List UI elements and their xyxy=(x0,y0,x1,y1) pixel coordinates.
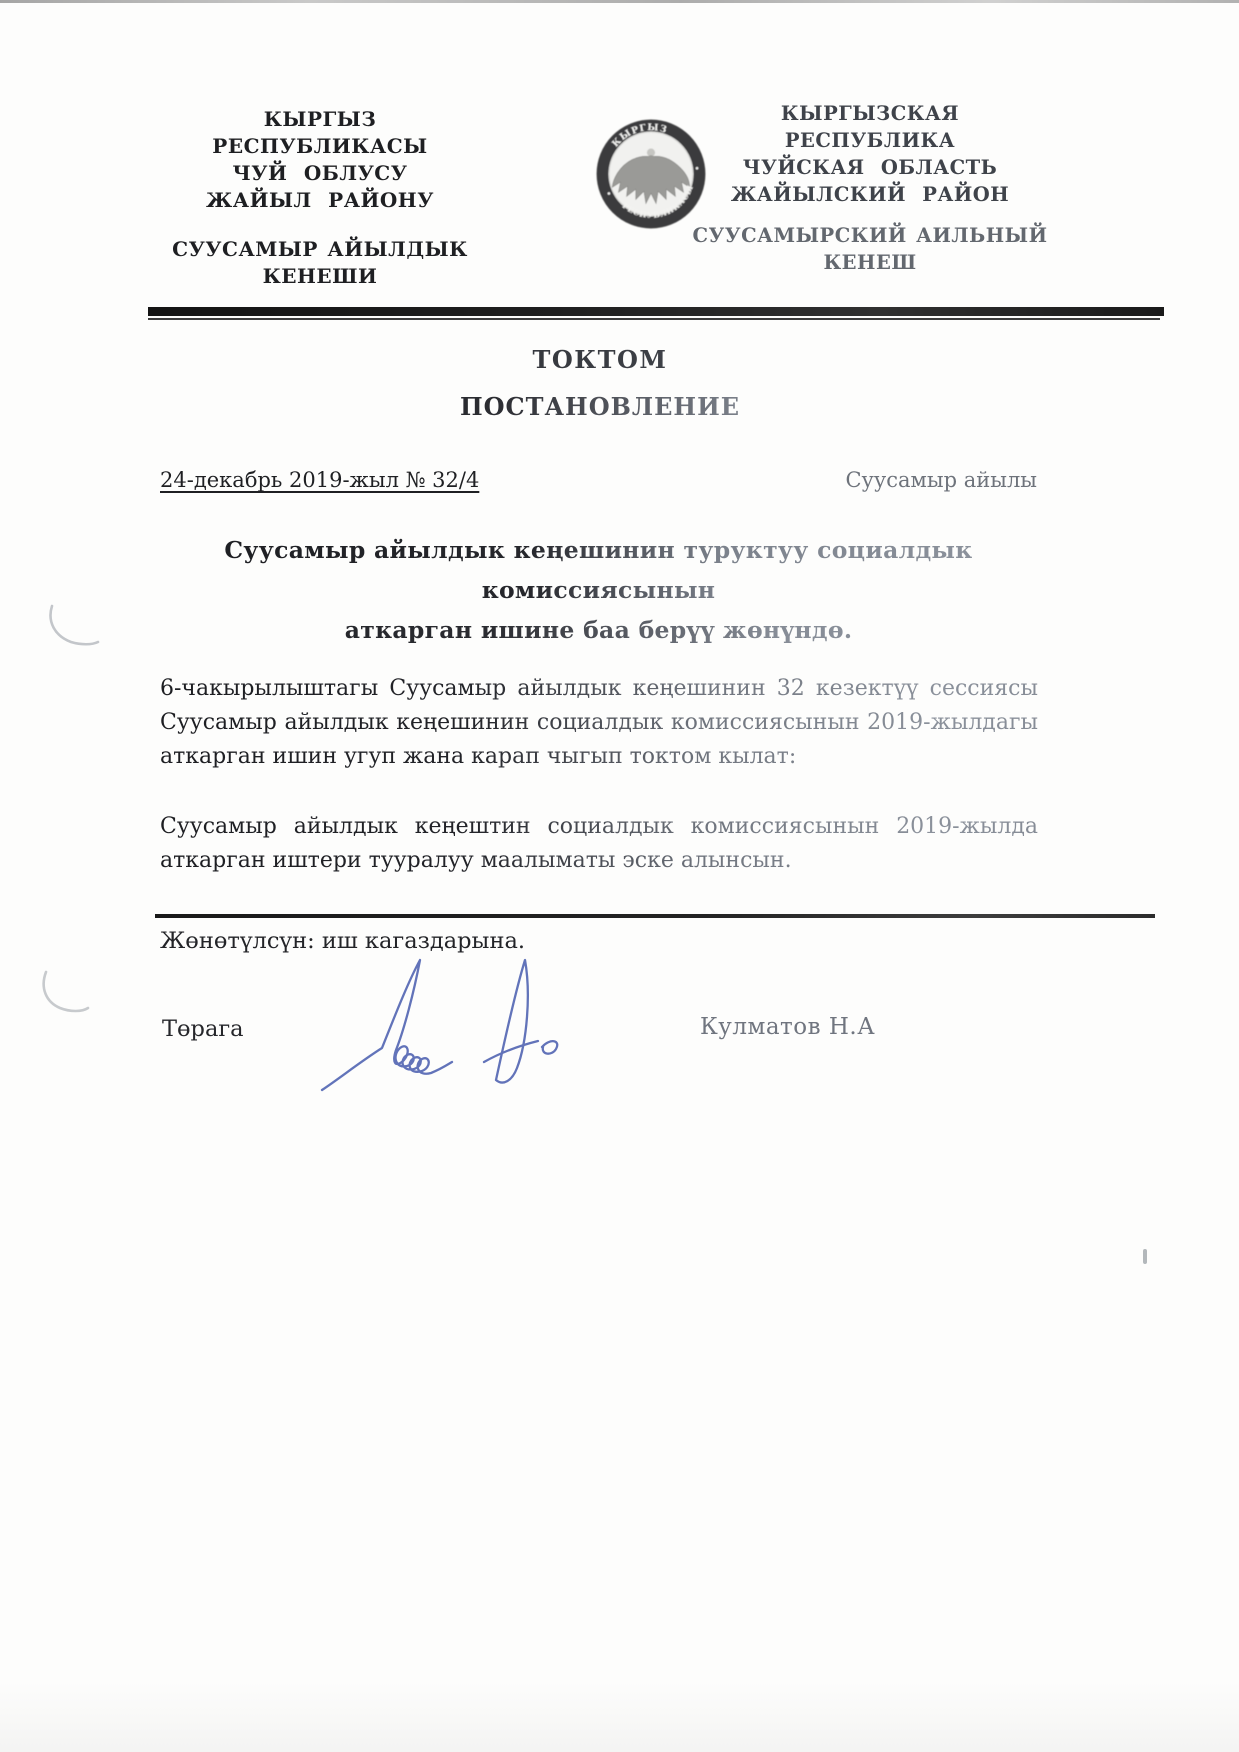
letterhead-line: ЧУЙ ОБЛУСУ xyxy=(150,160,490,187)
doc-type-russian: ПОСТАНОВЛЕНИЕ xyxy=(160,392,1040,421)
body-paragraph-1: 6-чакырылыштагы Суусамыр айылдык кеңешин… xyxy=(160,672,1038,774)
council-name-russian: СУУСАМЫРСКИЙ АИЛЬНЫЙ КЕНЕШ xyxy=(688,222,1052,276)
footer-separator-rule xyxy=(155,914,1155,918)
letterhead-line: КЫРГЫЗСКАЯ РЕСПУБЛИКА xyxy=(688,100,1052,154)
letterhead-russian-block: КЫРГЫЗСКАЯ РЕСПУБЛИКА ЧУЙСКАЯ ОБЛАСТЬ ЖА… xyxy=(688,100,1052,276)
meta-row: 24-декабрь 2019-жыл № 32/4 Суусамыр айыл… xyxy=(160,468,1037,492)
council-name-kyrgyz: СУУСАМЫР АЙЫЛДЫК КЕНЕШИ xyxy=(150,236,490,290)
paragraph-line: аткарган иштери тууралуу маалыматы эске … xyxy=(160,844,1038,878)
date-and-number: 24-декабрь 2019-жыл № 32/4 xyxy=(160,468,479,492)
council-name-line: КЕНЕШ xyxy=(688,249,1052,276)
letterhead-line: КЫРГЫЗ РЕСПУБЛИКАСЫ xyxy=(150,106,490,160)
signer-name: Кулматов Н.А xyxy=(700,1014,875,1040)
scan-artifact-bottom-shade xyxy=(0,1682,1239,1752)
letterhead-line: ЖАЙЫЛ РАЙОНУ xyxy=(150,187,490,214)
place-name: Суусамыр айылы xyxy=(845,468,1037,492)
doc-type-kyrgyz: ТОКТОМ xyxy=(160,345,1040,374)
letterhead-line: ЧУЙСКАЯ ОБЛАСТЬ xyxy=(688,154,1052,181)
signer-title: Төрага xyxy=(162,1016,244,1042)
body-paragraph-2: Суусамыр айылдык кеңештин социалдык коми… xyxy=(160,810,1038,878)
scan-artifact-curve-2 xyxy=(30,968,96,1022)
letterhead-line: ЖАЙЫЛСКИЙ РАЙОН xyxy=(688,181,1052,208)
document-type-heading: ТОКТОМ ПОСТАНОВЛЕНИЕ xyxy=(160,345,1040,421)
scan-artifact-top-edge xyxy=(0,0,1239,3)
scanned-document-page: КЫРГЫЗ РЕСПУБЛИКАСЫ ЧУЙ ОБЛУСУ ЖАЙЫЛ РАЙ… xyxy=(0,0,1239,1752)
paragraph-line: Суусамыр айылдык кеңешинин социалдык ком… xyxy=(160,706,1038,740)
letterhead-kyrgyz-block: КЫРГЫЗ РЕСПУБЛИКАСЫ ЧУЙ ОБЛУСУ ЖАЙЫЛ РАЙ… xyxy=(150,106,490,290)
scan-artifact-right-mark xyxy=(1143,1249,1147,1264)
paragraph-line: 6-чакырылыштагы Суусамыр айылдык кеңешин… xyxy=(160,672,1038,706)
handwritten-signature xyxy=(292,950,622,1110)
subject-heading: Суусамыр айылдык кеңешинин туруктуу соци… xyxy=(160,530,1037,650)
council-name-line: СУУСАМЫР АЙЫЛДЫК xyxy=(150,236,490,263)
council-name-line: КЕНЕШИ xyxy=(150,263,490,290)
paragraph-line: аткарган ишин угуп жана карап чыгып токт… xyxy=(160,740,1038,774)
subject-line-2: аткарган ишине баа берүү жөнүндө. xyxy=(160,610,1037,650)
subject-line-1: Суусамыр айылдык кеңешинин туруктуу соци… xyxy=(160,530,1037,610)
paragraph-line: Суусамыр айылдык кеңештин социалдык коми… xyxy=(160,810,1038,844)
header-separator-rule xyxy=(148,307,1164,316)
council-name-line: СУУСАМЫРСКИЙ АИЛЬНЫЙ xyxy=(688,222,1052,249)
scan-artifact-curve-1 xyxy=(38,600,104,656)
